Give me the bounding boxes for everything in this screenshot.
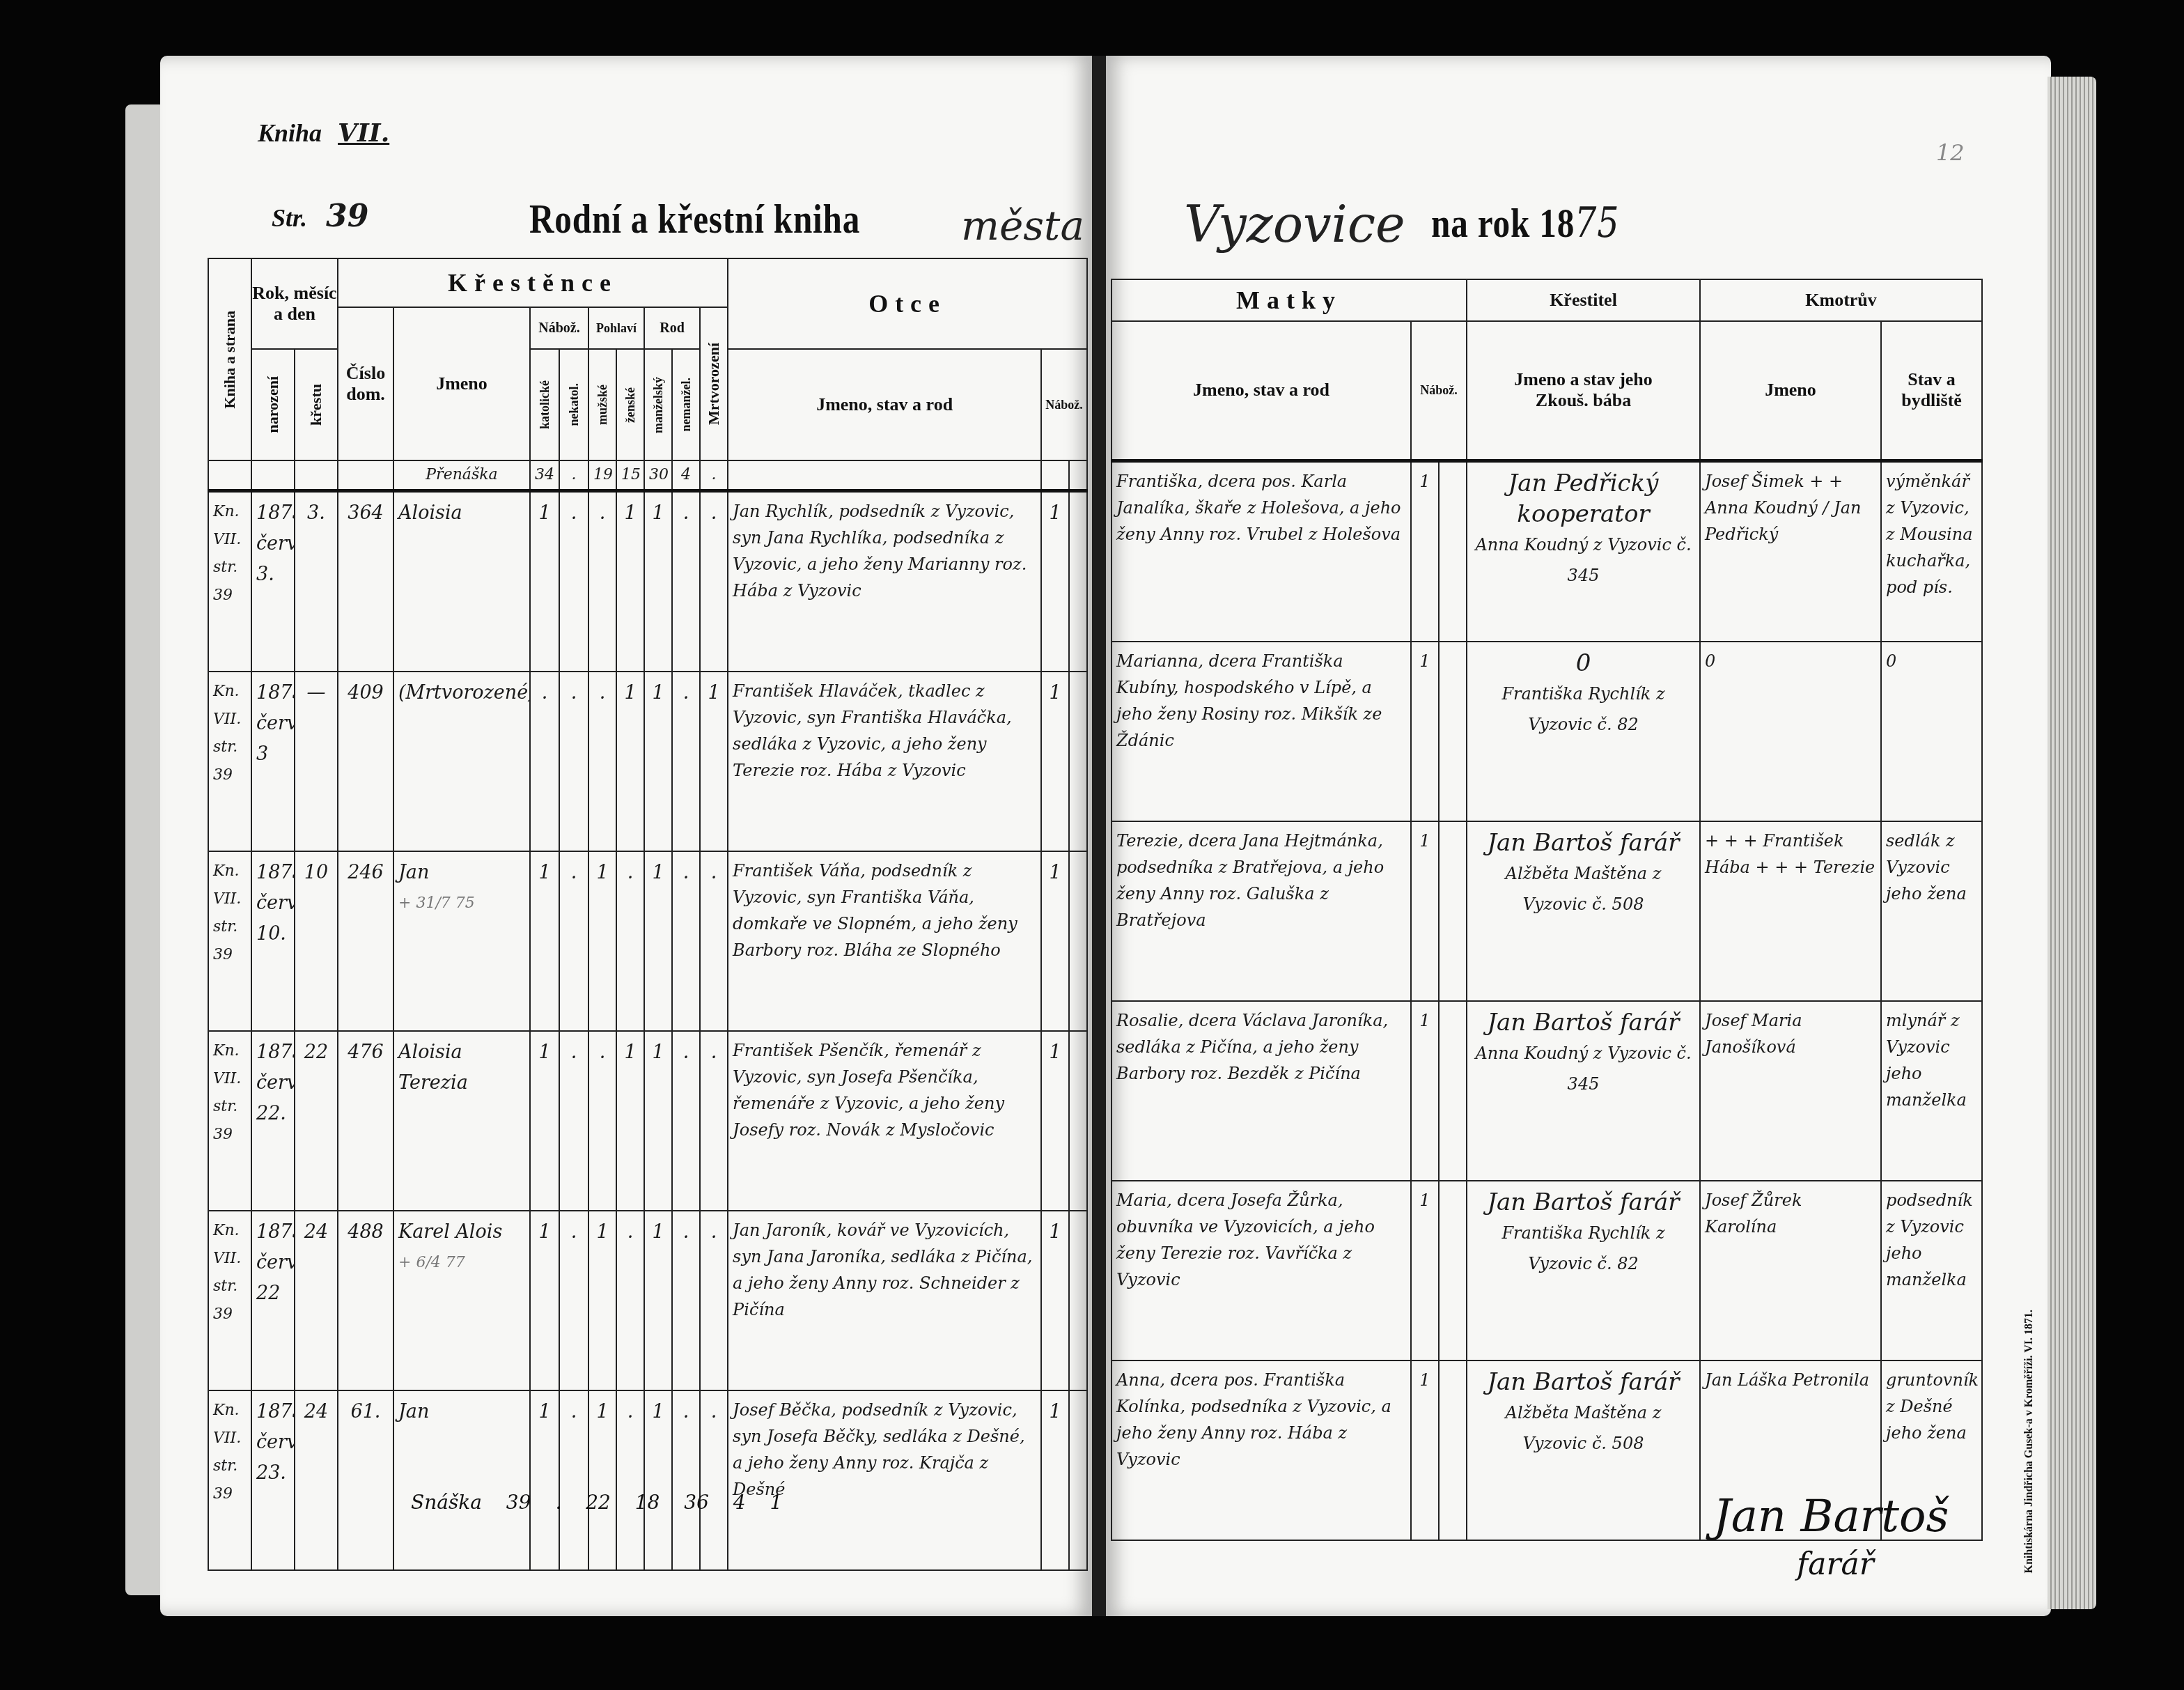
nekatol-cell: . bbox=[559, 1390, 588, 1570]
carry-over-row: Přenáška34.1915304. bbox=[208, 460, 1087, 491]
col-kmotruv: Kmotrův bbox=[1700, 279, 1982, 321]
godparent-name-cell: + + + František Hába + + + Terezie bbox=[1700, 821, 1881, 1001]
nemanzel-cell: . bbox=[672, 1211, 700, 1390]
zenske-cell: 1 bbox=[616, 672, 644, 851]
muzske-cell: 1 bbox=[588, 1390, 616, 1570]
manzelsky-cell: 1 bbox=[644, 1211, 672, 1390]
carry-over-empty bbox=[208, 460, 251, 491]
baptizer-name: Jan Bartoš farář bbox=[1472, 1007, 1695, 1038]
mother-katolicke-cell: 1 bbox=[1411, 1181, 1439, 1360]
father-katolicke-cell: 1 bbox=[1041, 1031, 1069, 1211]
child-name: (Mrtvorozené) bbox=[398, 678, 525, 708]
father-cell: Jan Rychlík, podsedník z Vyzovic, syn Ja… bbox=[728, 491, 1041, 672]
baptizer-name: Jan Bartoš farář bbox=[1472, 828, 1695, 858]
entry-row: Kn. VII. str. 391875červen3—409(Mrtvoroz… bbox=[208, 672, 1087, 851]
kniha-cell: Kn. VII. str. 39 bbox=[208, 851, 251, 1031]
child-name: Aloisia bbox=[398, 498, 525, 529]
carry-over-empty bbox=[251, 460, 295, 491]
father-katolicke-cell: 1 bbox=[1041, 851, 1069, 1031]
mother-cell: Františka, dcera pos. Karla Janalíka, šk… bbox=[1111, 460, 1411, 642]
right-entries: Františka, dcera pos. Karla Janalíka, šk… bbox=[1111, 460, 1982, 1540]
mrtvorozeni-cell: 1 bbox=[700, 672, 728, 851]
carry-over-label: Přenáška bbox=[393, 460, 530, 491]
nekatol-cell: . bbox=[559, 672, 588, 851]
katolicke-cell: . bbox=[530, 672, 559, 851]
carry-over-muzske: 19 bbox=[588, 460, 616, 491]
muzske-cell: 1 bbox=[588, 851, 616, 1031]
entry-year: 1875 bbox=[256, 1397, 290, 1427]
father-nekatol-cell bbox=[1069, 491, 1087, 672]
baptism-cell: — bbox=[295, 672, 338, 851]
muzske-cell: . bbox=[588, 491, 616, 672]
nemanzel-cell: . bbox=[672, 491, 700, 672]
entry-birth_day: 23. bbox=[256, 1458, 290, 1489]
carry-over-empty bbox=[295, 460, 338, 491]
child-name-cell: Jan bbox=[393, 1390, 530, 1570]
totals-muzske: 22 bbox=[586, 1491, 611, 1514]
col-kmotr-jmeno: Jmeno bbox=[1700, 321, 1881, 460]
book-label-text: Kniha bbox=[258, 119, 322, 147]
midwife-name: Anna Koudný z Vyzovic č. 345 bbox=[1472, 529, 1695, 591]
godparent-name-cell: Josef Maria Janošíková bbox=[1700, 1001, 1881, 1181]
nekatol-cell: . bbox=[559, 1031, 588, 1211]
entry-year: 1875 bbox=[256, 1217, 290, 1248]
mother-cell: Terezie, dcera Jana Hejtmánka, podsedník… bbox=[1111, 821, 1411, 1001]
col-jmeno: Jmeno bbox=[393, 307, 530, 460]
father-katolicke-cell: 1 bbox=[1041, 672, 1069, 851]
entry-month: červen bbox=[256, 888, 290, 919]
totals-nemanzel: 4 bbox=[733, 1491, 746, 1514]
entry-row-right: Maria, dcera Josefa Žůrka, obuvníka ve V… bbox=[1111, 1181, 1982, 1360]
midwife-name: Františka Rychlík z Vyzovic č. 82 bbox=[1472, 679, 1695, 740]
book-gutter bbox=[1092, 56, 1106, 1616]
katolicke-cell: 1 bbox=[530, 1031, 559, 1211]
col-matky: Matky bbox=[1111, 279, 1467, 321]
mother-nekatol-cell bbox=[1439, 1360, 1467, 1540]
entry-row: Kn. VII. str. 391875červen2224488Karel A… bbox=[208, 1211, 1087, 1390]
muzske-cell: 1 bbox=[588, 1211, 616, 1390]
baptizer-cell: Jan Bartoš farářAnna Koudný z Vyzovic č.… bbox=[1467, 1001, 1700, 1181]
nemanzel-cell: . bbox=[672, 851, 700, 1031]
totals-mrtvorozeni: 1 bbox=[770, 1491, 783, 1514]
col-mrtvorozeni: Mrtvorození bbox=[700, 307, 728, 460]
entry-row-right: Marianna, dcera Františka Kubíny, hospod… bbox=[1111, 642, 1982, 821]
kniha-cell: Kn. VII. str. 39 bbox=[208, 491, 251, 672]
kniha-cell: Kn. VII. str. 39 bbox=[208, 1390, 251, 1570]
mother-nekatol-cell bbox=[1439, 1181, 1467, 1360]
house-number-cell: 409 bbox=[338, 672, 393, 851]
totals-manzelsky: 36 bbox=[684, 1491, 709, 1514]
mrtvorozeni-cell: . bbox=[700, 1390, 728, 1570]
entry-row-right: Františka, dcera pos. Karla Janalíka, šk… bbox=[1111, 460, 1982, 642]
birth-cell: 1875červen22. bbox=[251, 1031, 295, 1211]
zenske-cell: . bbox=[616, 851, 644, 1031]
mrtvorozeni-cell: . bbox=[700, 491, 728, 672]
entry-birth_day: 3 bbox=[256, 739, 290, 770]
father-cell: František Váňa, podsedník z Vyzovic, syn… bbox=[728, 851, 1041, 1031]
col-narozeni: narození bbox=[251, 349, 295, 460]
col-manzelsky: manželský bbox=[644, 349, 672, 460]
entry-month: červen bbox=[256, 708, 290, 739]
col-pohlavi: Pohlaví bbox=[588, 307, 644, 349]
child-name-cell: Aloisia Terezia bbox=[393, 1031, 530, 1211]
zenske-cell: . bbox=[616, 1211, 644, 1390]
carry-over-nekatol: . bbox=[559, 460, 588, 491]
house-number-cell: 488 bbox=[338, 1211, 393, 1390]
nemanzel-cell: . bbox=[672, 1031, 700, 1211]
nemanzel-cell: . bbox=[672, 1390, 700, 1570]
godparent-status-cell: 0 bbox=[1881, 642, 1982, 821]
katolicke-cell: 1 bbox=[530, 1390, 559, 1570]
godparent-status-cell: sedlák z Vyzovic jeho žena bbox=[1881, 821, 1982, 1001]
birth-cell: 1875červen22 bbox=[251, 1211, 295, 1390]
child-name: Jan bbox=[398, 858, 525, 888]
kniha-cell: Kn. VII. str. 39 bbox=[208, 1211, 251, 1390]
col-zenske: ženské bbox=[616, 349, 644, 460]
page-label-text: Str. bbox=[272, 204, 307, 232]
mother-nekatol-cell bbox=[1439, 821, 1467, 1001]
carry-over-mrtvorozeni: . bbox=[700, 460, 728, 491]
father-cell: František Hlaváček, tkadlec z Vyzovic, s… bbox=[728, 672, 1041, 851]
nekatol-cell: . bbox=[559, 851, 588, 1031]
entry-month: červen bbox=[256, 1427, 290, 1458]
manzelsky-cell: 1 bbox=[644, 851, 672, 1031]
title-place: Vyzovice bbox=[1184, 195, 1405, 254]
house-number-cell: 364 bbox=[338, 491, 393, 672]
father-katolicke-cell: 1 bbox=[1041, 1390, 1069, 1570]
house-number-cell: 476 bbox=[338, 1031, 393, 1211]
totals-nekatol: . bbox=[555, 1491, 561, 1514]
col-katolicke: katolické bbox=[530, 349, 559, 460]
book-label: Kniha VII. bbox=[258, 118, 389, 148]
child-name: Aloisia Terezia bbox=[398, 1037, 525, 1099]
baptizer-cell: Jan Bartoš farářAlžběta Maštěna z Vyzovi… bbox=[1467, 821, 1700, 1001]
printer-imprint: Knihtiskárna Jindřicha Gusek-a v Kroměří… bbox=[2023, 1310, 2036, 1574]
father-katolicke-cell: 1 bbox=[1041, 491, 1069, 672]
entry-month: červen bbox=[256, 529, 290, 559]
totals-zenske: 18 bbox=[635, 1491, 660, 1514]
col-krestence: Křestěnce bbox=[338, 258, 728, 307]
baptism-cell: 24 bbox=[295, 1211, 338, 1390]
carry-over-empty bbox=[728, 460, 1041, 491]
father-katolicke-cell: 1 bbox=[1041, 1211, 1069, 1390]
baptizer-cell: Jan Bartoš farářAlžběta Maštěna z Vyzovi… bbox=[1467, 1360, 1700, 1540]
katolicke-cell: 1 bbox=[530, 491, 559, 672]
entry-month: červen bbox=[256, 1068, 290, 1099]
mother-nekatol-cell bbox=[1439, 1001, 1467, 1181]
muzske-cell: . bbox=[588, 1031, 616, 1211]
midwife-name: Františka Rychlík z Vyzovic č. 82 bbox=[1472, 1218, 1695, 1279]
right-register-table: Matky Křestitel Kmotrův Jmeno, stav a ro… bbox=[1111, 279, 1983, 1541]
death-note: + 31/7 75 bbox=[398, 888, 525, 919]
baptism-cell: 24 bbox=[295, 1390, 338, 1570]
entry-birth_day: 22 bbox=[256, 1278, 290, 1309]
col-otce-jmeno: Jmeno, stav a rod bbox=[728, 349, 1041, 460]
mother-cell: Anna, dcera pos. Františka Kolínka, pods… bbox=[1111, 1360, 1411, 1540]
register-title: Rodní a křestní kniha bbox=[529, 195, 860, 243]
godparent-status-cell: mlynář z Vyzovic jeho manželka bbox=[1881, 1001, 1982, 1181]
entry-birth_day: 3. bbox=[256, 559, 290, 590]
pencil-corner-note: 12 bbox=[1936, 139, 1965, 166]
entry-row: Kn. VII. str. 391875červen22.22476Aloisi… bbox=[208, 1031, 1087, 1211]
title-year-label: na rok 18 bbox=[1431, 200, 1575, 246]
mother-katolicke-cell: 1 bbox=[1411, 642, 1439, 821]
godparent-name-cell: Josef Šimek + + Anna Koudný / Jan Pedřic… bbox=[1700, 460, 1881, 642]
manzelsky-cell: 1 bbox=[644, 1390, 672, 1570]
baptism-cell: 22 bbox=[295, 1031, 338, 1211]
totals-label: Snáška bbox=[411, 1491, 482, 1514]
birth-cell: 1875červen3. bbox=[251, 491, 295, 672]
manzelsky-cell: 1 bbox=[644, 672, 672, 851]
midwife-name: Alžběta Maštěna z Vyzovic č. 508 bbox=[1472, 1397, 1695, 1459]
mrtvorozeni-cell: . bbox=[700, 1211, 728, 1390]
carry-over-katolicke: 34 bbox=[530, 460, 559, 491]
muzske-cell: . bbox=[588, 672, 616, 851]
birth-cell: 1875červen23. bbox=[251, 1390, 295, 1570]
house-number-cell: 61. bbox=[338, 1390, 393, 1570]
page-label: Str. 39 bbox=[272, 199, 368, 234]
totals-row: Snáška 39 . 22 18 36 4 1 bbox=[411, 1491, 800, 1514]
nekatol-cell: . bbox=[559, 491, 588, 672]
mrtvorozeni-cell: . bbox=[700, 851, 728, 1031]
col-otce-naboz: Nábož. bbox=[1041, 349, 1087, 460]
col-muzske: mužské bbox=[588, 349, 616, 460]
mother-katolicke-cell: 1 bbox=[1411, 1360, 1439, 1540]
mother-cell: Marianna, dcera Františka Kubíny, hospod… bbox=[1111, 642, 1411, 821]
godparent-name-cell: 0 bbox=[1700, 642, 1881, 821]
child-name-cell: (Mrtvorozené) bbox=[393, 672, 530, 851]
priest-title: farář bbox=[1797, 1546, 1874, 1582]
col-kniha-a-strana: Kniha a strana bbox=[208, 258, 251, 460]
zenske-cell: 1 bbox=[616, 491, 644, 672]
midwife-name: Alžběta Maštěna z Vyzovic č. 508 bbox=[1472, 858, 1695, 920]
col-krestitel: Křestitel bbox=[1467, 279, 1700, 321]
kniha-cell: Kn. VII. str. 39 bbox=[208, 1031, 251, 1211]
baptizer-name: Jan Bartoš farář bbox=[1472, 1187, 1695, 1218]
col-matky-jmeno: Jmeno, stav a rod bbox=[1111, 321, 1411, 460]
book-number: VII. bbox=[338, 118, 389, 148]
manzelsky-cell: 1 bbox=[644, 1031, 672, 1211]
father-cell: Jan Jaroník, kovář ve Vyzovicích, syn Ja… bbox=[728, 1211, 1041, 1390]
baptism-cell: 3. bbox=[295, 491, 338, 672]
baptizer-name: 0 bbox=[1472, 648, 1695, 679]
left-entries: Přenáška34.1915304.Kn. VII. str. 391875č… bbox=[208, 460, 1087, 1570]
entry-year: 1875 bbox=[256, 858, 290, 888]
entry-row-right: Rosalie, dcera Václava Jaroníka, sedláka… bbox=[1111, 1001, 1982, 1181]
mother-katolicke-cell: 1 bbox=[1411, 821, 1439, 1001]
father-cell: František Pšenčík, řemenář z Vyzovic, sy… bbox=[728, 1031, 1041, 1211]
entry-year: 1875 bbox=[256, 1037, 290, 1068]
mother-nekatol-cell bbox=[1439, 460, 1467, 642]
page-number: 39 bbox=[326, 199, 368, 234]
godparent-status-cell: podsedník z Vyzovic jeho manželka bbox=[1881, 1181, 1982, 1360]
godparent-status-cell: výměnkář z Vyzovic, z Mousina kuchařka, … bbox=[1881, 460, 1982, 642]
manzelsky-cell: 1 bbox=[644, 491, 672, 672]
title-year: na rok 1875 bbox=[1431, 199, 1619, 247]
carry-over-empty bbox=[1069, 460, 1087, 491]
baptizer-name: Jan Bartoš farář bbox=[1472, 1367, 1695, 1397]
col-stav-bydliste: Stav a bydliště bbox=[1881, 321, 1982, 460]
birth-cell: 1875červen10. bbox=[251, 851, 295, 1031]
carry-over-empty bbox=[338, 460, 393, 491]
col-krestu: křestu bbox=[295, 349, 338, 460]
carry-over-manzelsky: 30 bbox=[644, 460, 672, 491]
col-matky-naboz: Nábož. bbox=[1411, 321, 1467, 460]
baptizer-cell: Jan Pedřický kooperatorAnna Koudný z Vyz… bbox=[1467, 460, 1700, 642]
father-nekatol-cell bbox=[1069, 672, 1087, 851]
entry-row-right: Terezie, dcera Jana Hejtmánka, podsedník… bbox=[1111, 821, 1982, 1001]
title-place-type: města bbox=[961, 202, 1084, 249]
priest-signature: Jan Bartoš bbox=[1713, 1491, 1949, 1542]
katolicke-cell: 1 bbox=[530, 1211, 559, 1390]
col-cislo-dom: Číslo dom. bbox=[338, 307, 393, 460]
mother-katolicke-cell: 1 bbox=[1411, 460, 1439, 642]
katolicke-cell: 1 bbox=[530, 851, 559, 1031]
baptism-cell: 10 bbox=[295, 851, 338, 1031]
mother-cell: Maria, dcera Josefa Žůrka, obuvníka ve V… bbox=[1111, 1181, 1411, 1360]
child-name-cell: Jan+ 31/7 75 bbox=[393, 851, 530, 1031]
totals-katolicke: 39 bbox=[506, 1491, 531, 1514]
col-rod: Rod bbox=[644, 307, 700, 349]
godparent-name-cell: Josef Žůrek Karolína bbox=[1700, 1181, 1881, 1360]
nekatol-cell: . bbox=[559, 1211, 588, 1390]
child-name: Jan bbox=[398, 1397, 525, 1427]
col-nemanzel: nemanžel. bbox=[672, 349, 700, 460]
carry-over-empty bbox=[1041, 460, 1069, 491]
entry-row: Kn. VII. str. 391875červen23.2461.Jan1.1… bbox=[208, 1390, 1087, 1570]
father-nekatol-cell bbox=[1069, 851, 1087, 1031]
col-rok-mesic-den: Rok, měsíc a den bbox=[251, 258, 338, 349]
entry-birth_day: 10. bbox=[256, 919, 290, 949]
col-nekatol: nekatol. bbox=[559, 349, 588, 460]
birth-cell: 1875červen3 bbox=[251, 672, 295, 851]
father-nekatol-cell bbox=[1069, 1390, 1087, 1570]
father-nekatol-cell bbox=[1069, 1211, 1087, 1390]
child-name: Karel Alois bbox=[398, 1217, 525, 1248]
entry-birth_day: 22. bbox=[256, 1099, 290, 1129]
col-naboz: Nábož. bbox=[530, 307, 588, 349]
child-name-cell: Karel Alois+ 6/4 77 bbox=[393, 1211, 530, 1390]
entry-row: Kn. VII. str. 391875červen3.3.364Aloisia… bbox=[208, 491, 1087, 672]
zenske-cell: 1 bbox=[616, 1031, 644, 1211]
baptizer-cell: 0Františka Rychlík z Vyzovic č. 82 bbox=[1467, 642, 1700, 821]
mrtvorozeni-cell: . bbox=[700, 1031, 728, 1211]
left-register-table: Kniha a strana Rok, měsíc a den Křestěnc… bbox=[208, 258, 1088, 1571]
mother-katolicke-cell: 1 bbox=[1411, 1001, 1439, 1181]
midwife-name: Anna Koudný z Vyzovic č. 345 bbox=[1472, 1038, 1695, 1099]
entry-month: červen bbox=[256, 1248, 290, 1278]
col-krestitel-stav: Jmeno a stav jehoZkouš. bába bbox=[1467, 321, 1700, 460]
child-name-cell: Aloisia bbox=[393, 491, 530, 672]
carry-over-nemanzel: 4 bbox=[672, 460, 700, 491]
nemanzel-cell: . bbox=[672, 672, 700, 851]
carry-over-zenske: 15 bbox=[616, 460, 644, 491]
zenske-cell: . bbox=[616, 1390, 644, 1570]
house-number-cell: 246 bbox=[338, 851, 393, 1031]
baptizer-cell: Jan Bartoš farářFrantiška Rychlík z Vyzo… bbox=[1467, 1181, 1700, 1360]
col-otce: Otce bbox=[728, 258, 1087, 349]
mother-nekatol-cell bbox=[1439, 642, 1467, 821]
page-stack-right bbox=[2047, 77, 2096, 1609]
kniha-cell: Kn. VII. str. 39 bbox=[208, 672, 251, 851]
entry-year: 1875 bbox=[256, 678, 290, 708]
mother-cell: Rosalie, dcera Václava Jaroníka, sedláka… bbox=[1111, 1001, 1411, 1181]
entry-year: 1875 bbox=[256, 498, 290, 529]
entry-row: Kn. VII. str. 391875červen10.10246Jan+ 3… bbox=[208, 851, 1087, 1031]
title-year-suffix: 75 bbox=[1575, 199, 1619, 247]
death-note: + 6/4 77 bbox=[398, 1248, 525, 1278]
father-cell: Josef Běčka, podsedník z Vyzovic, syn Jo… bbox=[728, 1390, 1041, 1570]
baptizer-name: Jan Pedřický kooperator bbox=[1472, 468, 1695, 529]
father-nekatol-cell bbox=[1069, 1031, 1087, 1211]
